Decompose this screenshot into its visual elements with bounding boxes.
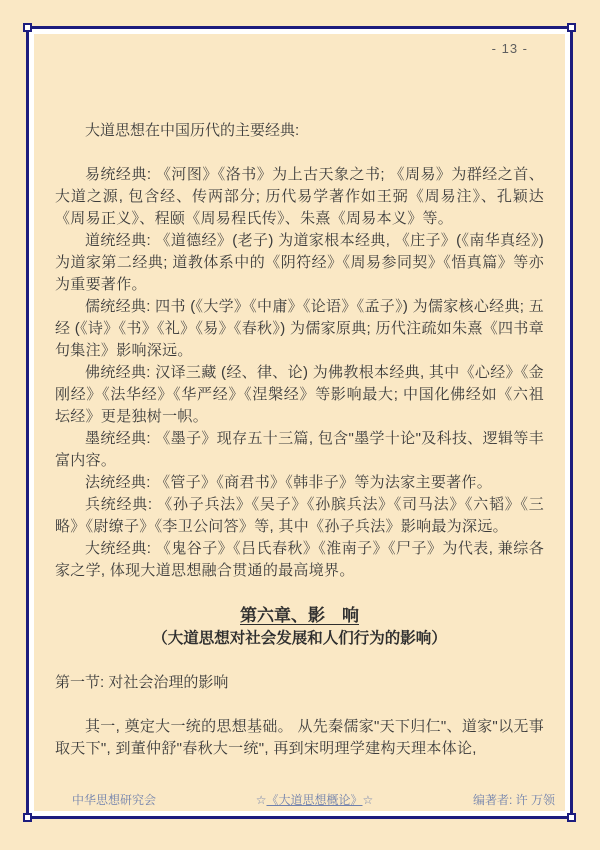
- chapter-title: 第六章、影 响: [55, 604, 544, 628]
- star-icon: ☆: [256, 793, 267, 807]
- chapter-subtitle: （大道思想对社会发展和人们行为的影响）: [55, 628, 544, 650]
- page-footer: 中华思想研究会 ☆《大道思想概论》☆ 编著者: 许 万领: [29, 791, 570, 808]
- footer-organization: 中华思想研究会: [72, 791, 156, 808]
- body-paragraph: 易统经典: 《河图》《洛书》为上古天象之书; 《周易》为群经之首、大道之源, 包…: [55, 164, 544, 230]
- section-body: 其一, 奠定大一统的思想基础。 从先秦儒家"天下归仁"、道家"以无事取天下", …: [55, 716, 544, 760]
- page-content: 大道思想在中国历代的主要经典: 易统经典: 《河图》《洛书》为上古天象之书; 《…: [34, 34, 565, 811]
- border-corner-ornament: [23, 23, 32, 32]
- classics-paragraphs: 易统经典: 《河图》《洛书》为上古天象之书; 《周易》为群经之首、大道之源, 包…: [55, 164, 544, 582]
- body-paragraph: 道统经典: 《道德经》(老子) 为道家根本经典, 《庄子》(《南华真经》) 为道…: [55, 230, 544, 296]
- body-paragraph: 佛统经典: 汉译三藏 (经、律、论) 为佛教根本经典, 其中《心经》《金刚经》《…: [55, 362, 544, 428]
- border-corner-ornament: [567, 813, 576, 822]
- body-paragraph: 法统经典: 《管子》《商君书》《韩非子》等为法家主要著作。: [55, 472, 544, 494]
- section-heading: 第一节: 对社会治理的影响: [55, 672, 544, 694]
- body-paragraph: 兵统经典: 《孙子兵法》《吴子》《孙膑兵法》《司马法》《六韬》《三略》《尉缭子》…: [55, 494, 544, 538]
- border-corner-ornament: [567, 23, 576, 32]
- body-paragraph: 儒统经典: 四书 (《大学》《中庸》《论语》《孟子》) 为儒家核心经典; 五经 …: [55, 296, 544, 362]
- page-border-frame: - 13 - 大道思想在中国历代的主要经典: 易统经典: 《河图》《洛书》为上古…: [26, 26, 573, 819]
- body-paragraph: 大统经典: 《鬼谷子》《吕氏春秋》《淮南子》《尸子》为代表, 兼综各家之学, 体…: [55, 538, 544, 582]
- footer-book-title-group: ☆《大道思想概论》☆: [256, 791, 374, 808]
- footer-editor: 编著者: 许 万领: [473, 791, 555, 808]
- body-paragraph: 其一, 奠定大一统的思想基础。 从先秦儒家"天下归仁"、道家"以无事取天下", …: [55, 716, 544, 760]
- footer-book-title: 《大道思想概论》: [266, 793, 362, 807]
- border-corner-ornament: [23, 813, 32, 822]
- star-icon: ☆: [363, 793, 374, 807]
- intro-line: 大道思想在中国历代的主要经典:: [55, 120, 544, 142]
- chapter-title-text: 第六章、影 响: [240, 606, 359, 625]
- body-paragraph: 墨统经典: 《墨子》现存五十三篇, 包含"墨学十论"及科技、逻辑等丰富内容。: [55, 428, 544, 472]
